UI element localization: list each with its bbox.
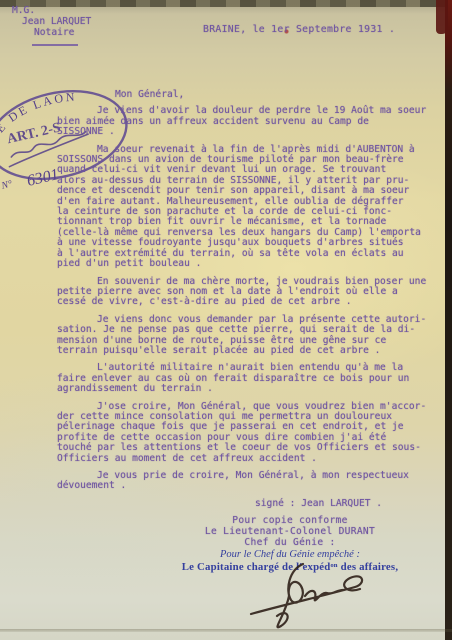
letter-paragraph-3: En souvenir de ma chère morte, je voudra… <box>57 277 449 308</box>
letter-paragraph-5: L'autorité militaire n'aurait bien enten… <box>57 363 449 394</box>
handwritten-signature <box>243 558 369 630</box>
letterhead-rule <box>32 44 78 46</box>
letter-paragraph-6: J'ose croire, Mon Général, que vous voud… <box>57 402 449 464</box>
footer-officer-title: Chef du Génie : <box>120 537 452 548</box>
top-right-red-mark <box>436 0 448 34</box>
footer-officer-name: Le Lieutenant-Colonel DURANT <box>120 526 452 537</box>
letterhead-title: Notaire <box>34 27 91 38</box>
letterhead-initials: M.G. <box>12 5 91 16</box>
letterhead: M.G. Jean LARQUET Notaire <box>12 5 91 38</box>
stamp-number: 6301 <box>25 166 60 190</box>
signature-line: signé : Jean LARQUET . <box>255 499 449 509</box>
letter-paragraph-1: Je viens d'avoir la douleur de perdre le… <box>57 106 449 137</box>
scanned-letter-photo: M.G. Jean LARQUET Notaire BRAINE, le 1er… <box>0 0 452 640</box>
footer-copy-conform: Pour copie conforme <box>120 515 452 526</box>
letter-paragraph-2: Ma soeur revenait à la fin de l'après mi… <box>57 145 449 270</box>
letterhead-name: Jean LARQUET <box>22 16 91 27</box>
paper-crease-line <box>0 629 452 632</box>
letter-paragraph-7: Je vous prie de croire, Mon Général, à m… <box>57 471 449 492</box>
letter-body: Mon Général, Je viens d'avoir la douleur… <box>57 90 449 509</box>
dateline: BRAINE, le 1er Septembre 1931 . <box>203 24 395 35</box>
stamp-number-label: N° <box>0 179 13 192</box>
letter-paragraph-4: Je viens donc vous demander par la prése… <box>57 315 449 357</box>
salutation: Mon Général, <box>115 90 449 100</box>
